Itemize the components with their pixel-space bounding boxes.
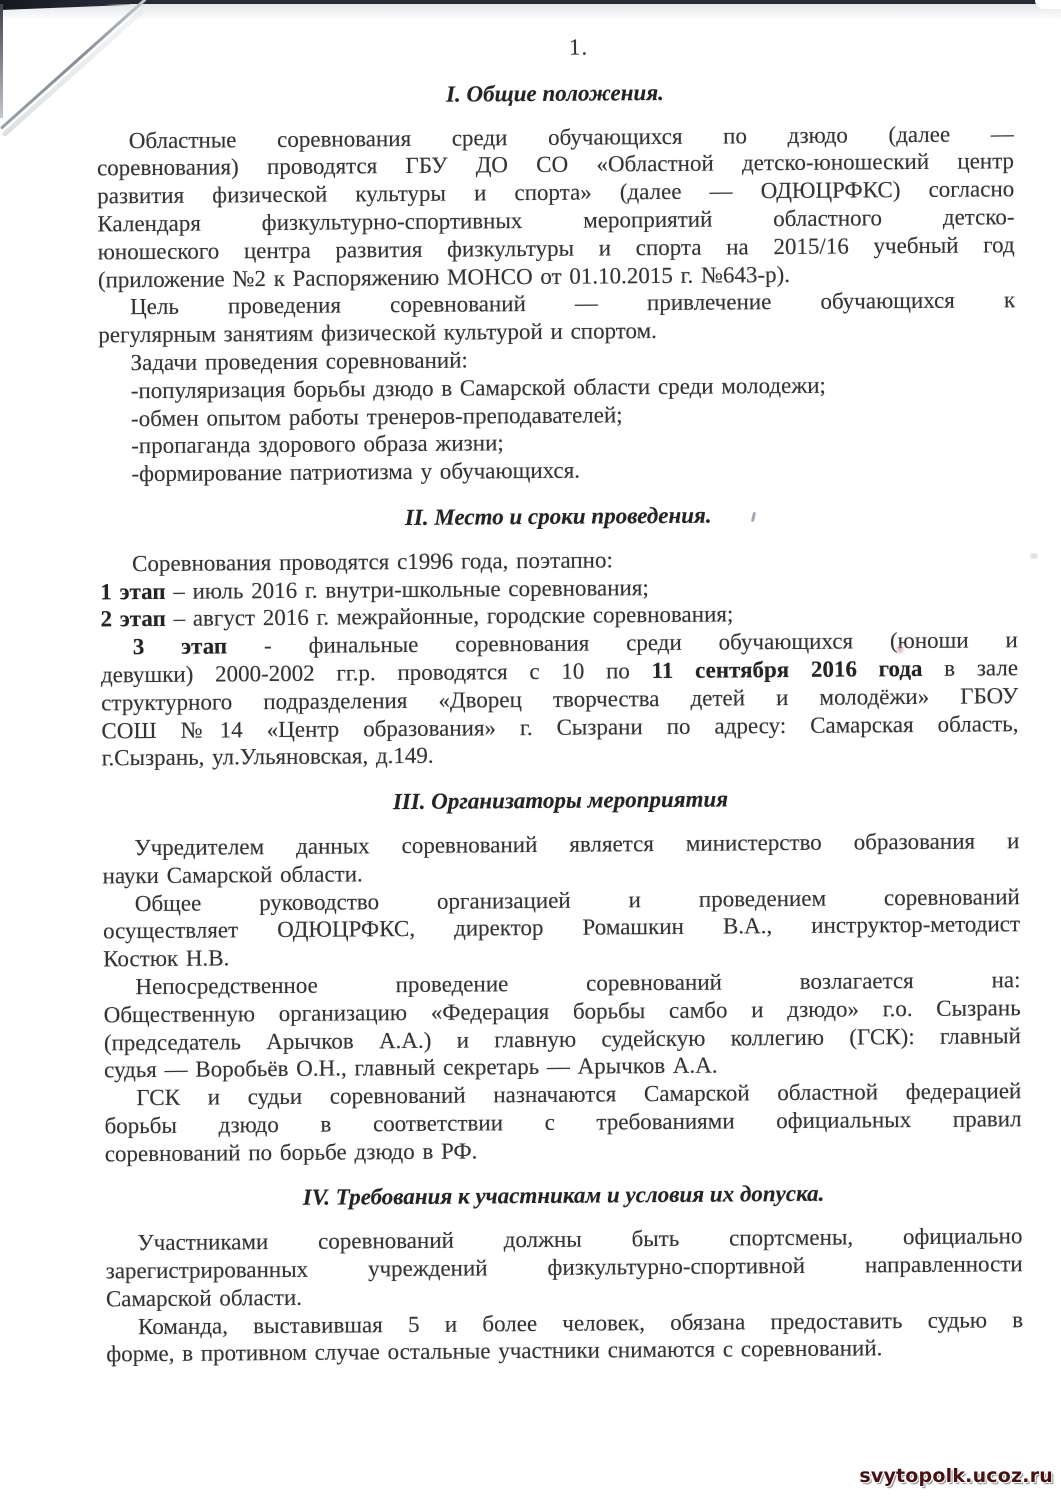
section-heading: IV. Требования к участникам и условия их… — [105, 1179, 1022, 1214]
bold-text: 2 этап — [100, 606, 165, 632]
paragraph: Участниками соревнований должны быть спо… — [105, 1222, 1023, 1313]
section-heading: II. Место и сроки проведения. — [100, 499, 1017, 534]
page-number: 1. — [120, 30, 1037, 65]
scan-speck — [1027, 553, 1041, 559]
scan-top-shading — [0, 4, 1061, 20]
paragraph: Общее руководство организацией и проведе… — [103, 883, 1021, 974]
bold-text: 3 этап — [133, 634, 228, 660]
scan-speck — [895, 644, 905, 656]
paragraph: 3 этап - финальные соревнования среди об… — [101, 626, 1019, 772]
site-watermark: svytopolk.ucoz.ru — [859, 1465, 1053, 1487]
document-body: I. Общие положения.Областные соревновани… — [96, 76, 1023, 1369]
paragraph: ГСК и судьи соревнований назначаются Сам… — [104, 1077, 1022, 1168]
paragraph: Цель проведения соревнований — привлечен… — [98, 287, 1015, 350]
section-heading: I. Общие положения. — [96, 76, 1013, 111]
paragraph: Команда, выставившая 5 и более человек, … — [106, 1306, 1023, 1369]
page-corner-top-right — [1035, 0, 1061, 9]
section-heading: III. Организаторы мероприятия — [102, 783, 1019, 818]
paragraph: -формирование патриотизма у обучающихся. — [99, 453, 1016, 488]
scanned-document-page: 1. I. Общие положения.Областные соревнов… — [0, 0, 1061, 1369]
paragraph: Непосредственное проведение соревнований… — [103, 966, 1021, 1084]
bold-text: 1 этап — [100, 578, 165, 604]
text-line: -формирование патриотизма у обучающихся. — [99, 453, 1016, 488]
bold-text: 11 сентября 2016 года — [652, 656, 923, 683]
text-line: форме, в противном случае остальные учас… — [106, 1334, 1023, 1369]
scan-edge-left — [0, 4, 3, 118]
paragraph: Областные соревнования среди обучающихся… — [97, 120, 1015, 294]
text-line: г.Сызрань, ул.Ульяновская, д.149. — [102, 738, 1019, 773]
scan-edge-top — [0, 0, 1061, 4]
paragraph: Учредителем данных соревнований является… — [102, 827, 1019, 890]
